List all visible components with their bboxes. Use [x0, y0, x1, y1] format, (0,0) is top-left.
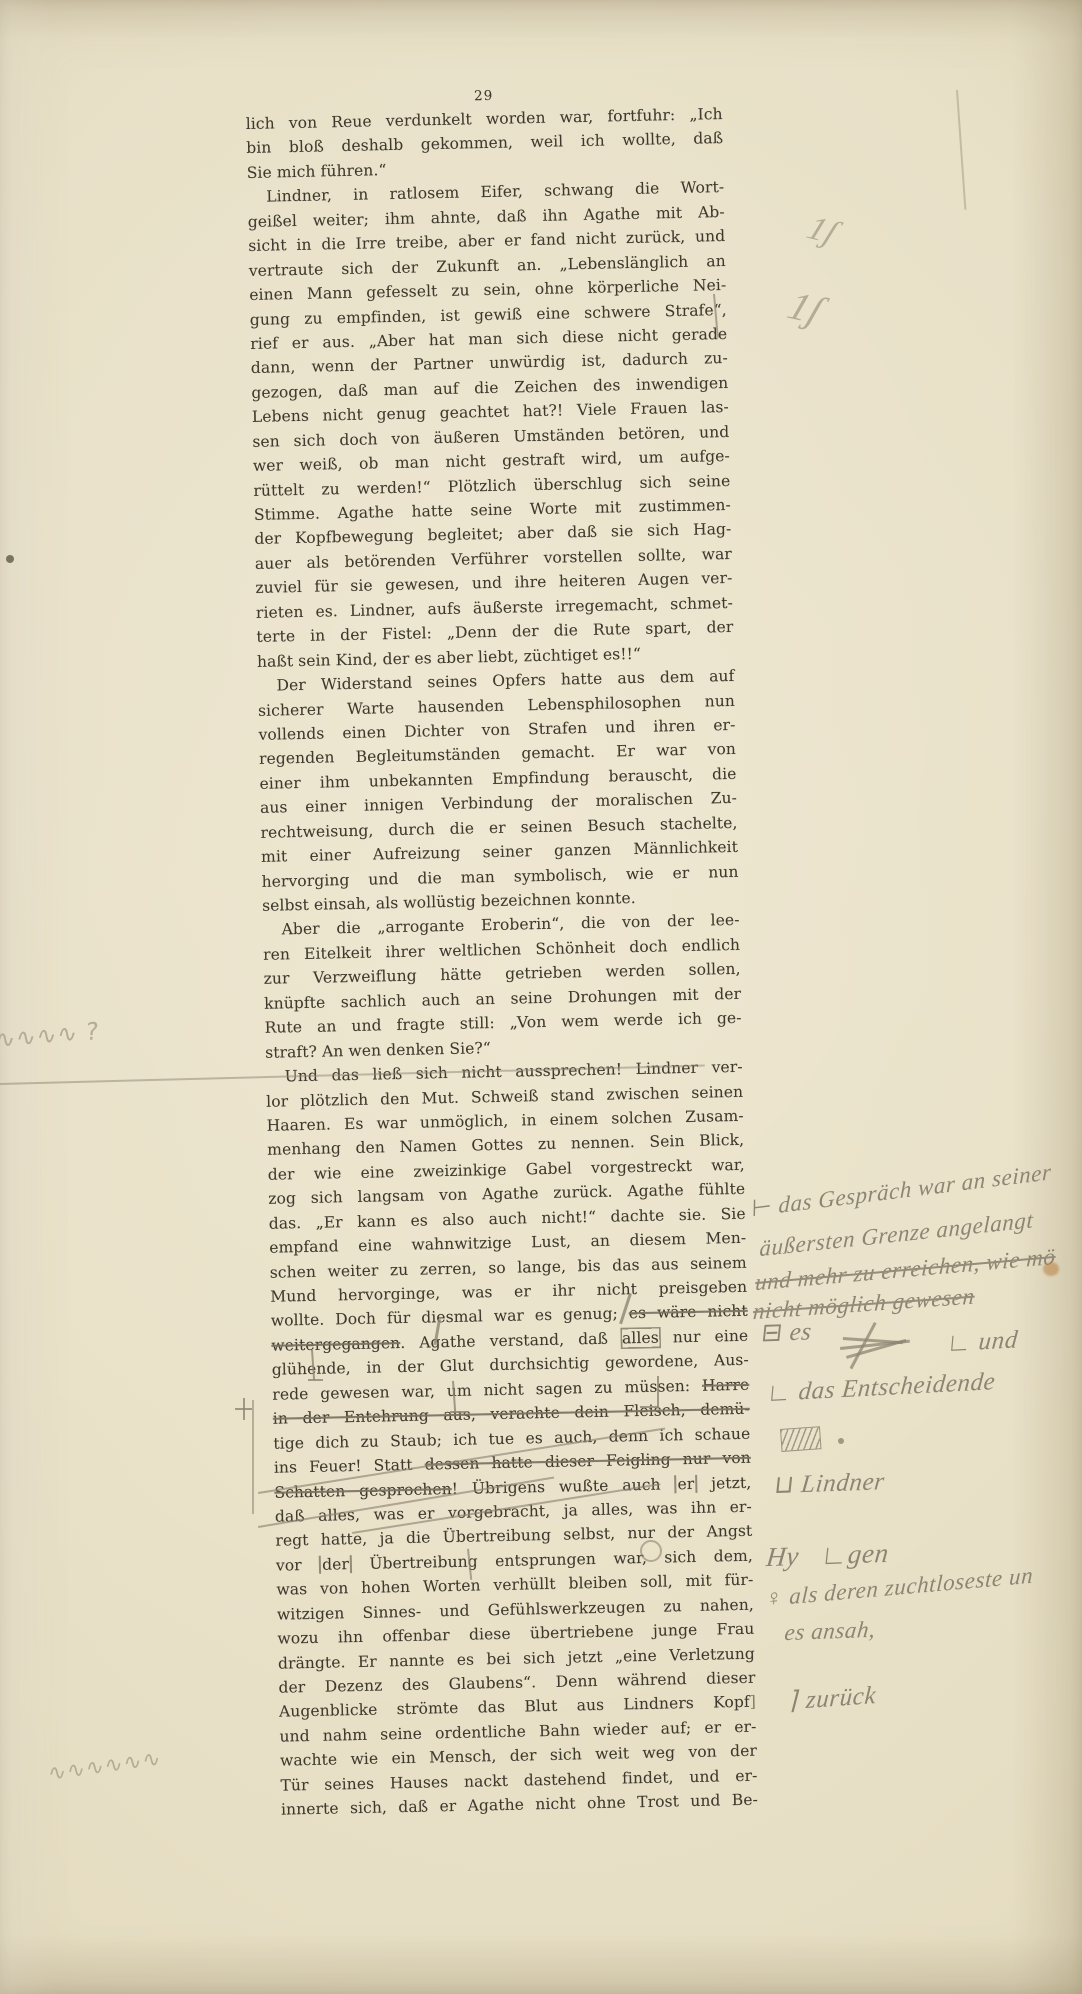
- pencil-number-lower: 1ʃ: [782, 282, 830, 333]
- text-segment: ins Feuer! Statt: [274, 1456, 425, 1477]
- pencil-mark-stain: [1043, 1262, 1059, 1276]
- text-segment: der: [319, 1555, 352, 1574]
- pencil-mark-line: [640, 1406, 659, 1408]
- text-segment: es wäre nicht: [629, 1302, 748, 1322]
- text-segment: ]: [750, 1693, 757, 1711]
- pencil-mark-line: [657, 1376, 659, 1408]
- text-segment: vor: [276, 1556, 320, 1575]
- annotation-scrawl-bottom: ∿∿∿∿∿∿: [48, 1746, 161, 1787]
- pencil-mark-dot: [6, 555, 14, 563]
- pencil-mark-line: [308, 1379, 323, 1381]
- text-segment: alles: [622, 1328, 659, 1347]
- pencil-mark-hatch: [780, 1426, 822, 1452]
- annotation-lindner: ⊔ Lindner: [773, 1466, 886, 1500]
- annotation-ansah: es ansah,: [783, 1617, 877, 1646]
- printed-text-block: 29 lich von Reue verdunkelt worden war, …: [245, 80, 758, 1822]
- text-segment: jetzt,: [697, 1473, 751, 1492]
- pencil-mark-circle: [640, 1540, 662, 1562]
- pencil-mark-dot: [838, 1438, 844, 1444]
- text-segment: Harre: [702, 1375, 750, 1394]
- text-segment: er: [674, 1474, 697, 1492]
- pencil-mark-line: [450, 1411, 465, 1413]
- pencil-mark-line: [235, 1408, 252, 1410]
- annotation-und: ∟ und: [946, 1326, 1020, 1358]
- annotation-zurueck: ⌉ zurück: [788, 1680, 877, 1716]
- text-segment: Sie mich führen.“: [247, 161, 387, 182]
- manuscript-page: 29 lich von Reue verdunkelt worden war, …: [0, 0, 1082, 1994]
- text-segment: weitergegangen: [271, 1334, 400, 1355]
- annotation-entscheidende: ∟ das Entscheidende: [766, 1368, 997, 1408]
- pencil-mark-line: [252, 1400, 254, 1514]
- text-segment: nur eine: [659, 1327, 749, 1347]
- text-segment: straft? An wen denken Sie?“: [265, 1039, 491, 1062]
- text-segment: dessen hatte dieser Feigling nur von: [424, 1449, 750, 1474]
- annotation-scrawl-left: ∿∿∿∿ ?: [0, 1017, 100, 1054]
- pencil-mark-line: [956, 90, 966, 210]
- annotation-hy-gen: Hy ∟gen: [765, 1538, 891, 1573]
- annotation-es: ⊟ es: [760, 1316, 814, 1348]
- pencil-number-top: 1ʃ: [802, 210, 843, 252]
